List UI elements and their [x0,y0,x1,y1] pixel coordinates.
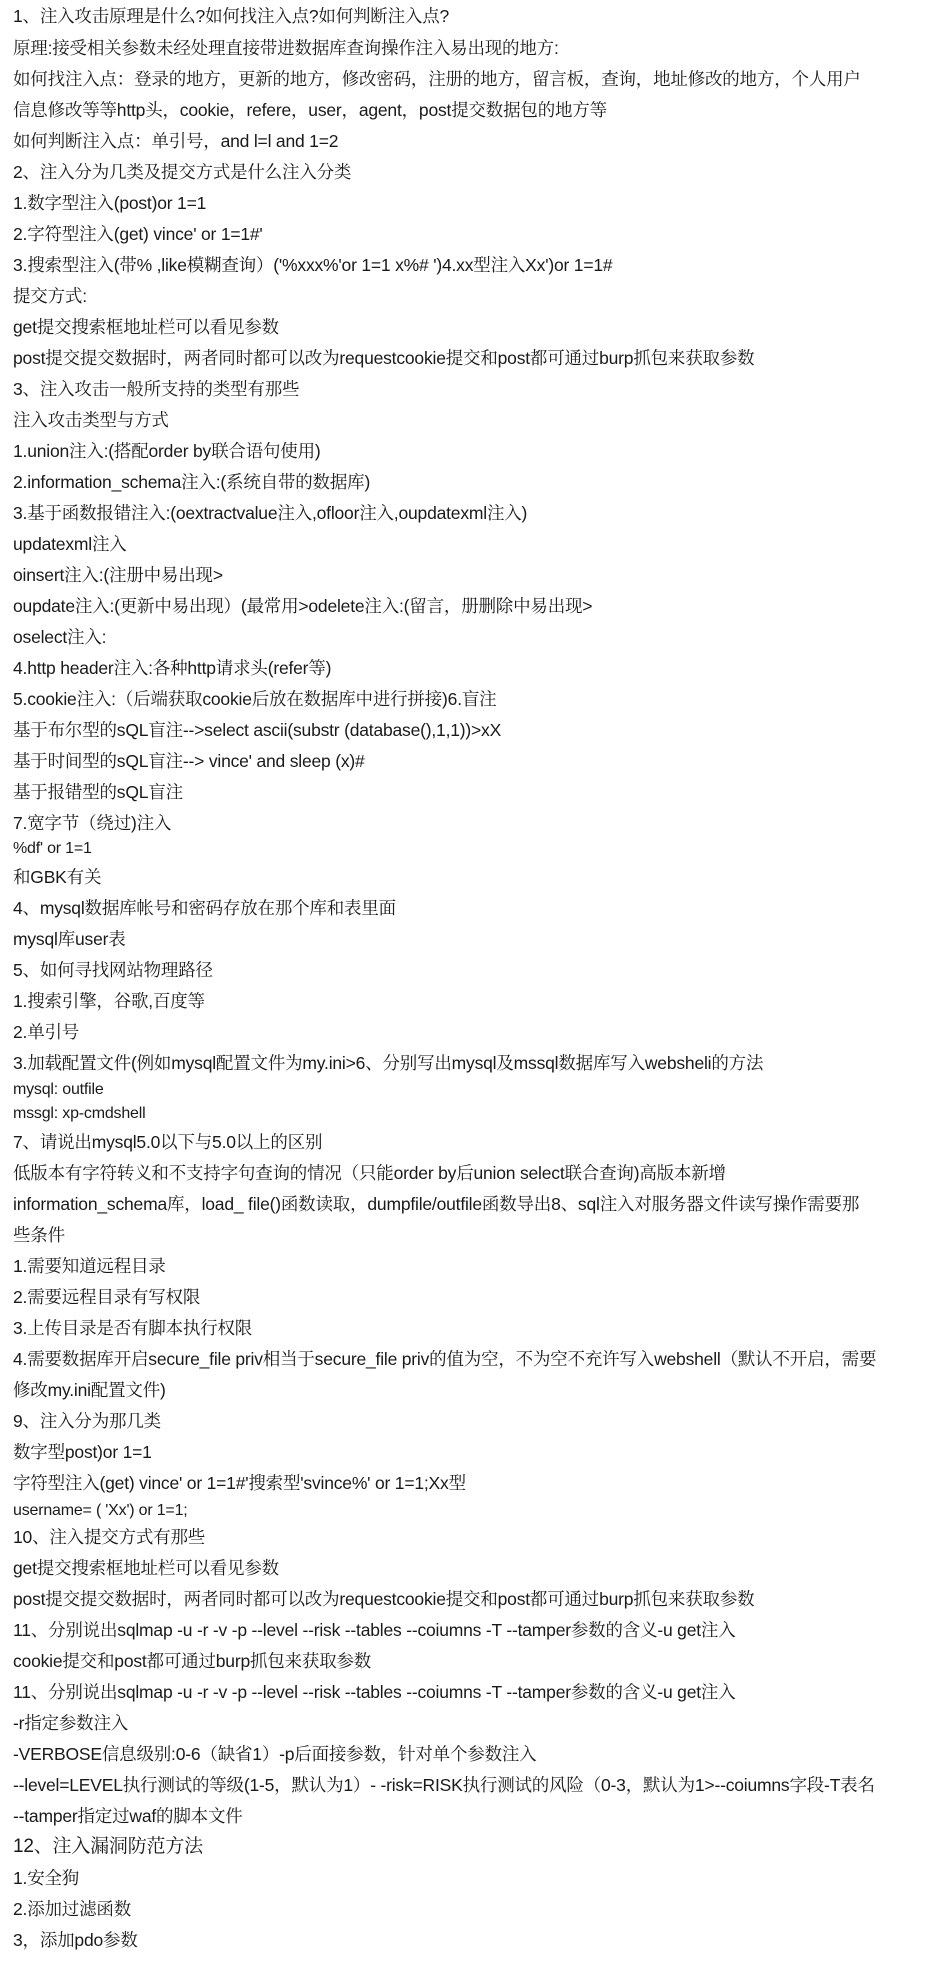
text-line: 1.需要知道远程目录 [13,1255,166,1277]
text-line: post提交提交数据时，两者同时都可以改为requestcookie提交和pos… [13,347,754,369]
text-line: 5、如何寻找网站物理路径 [13,959,213,981]
text-line: oinsert注入:(注册中易出现> [13,564,223,586]
text-line: 3.基于函数报错注入:(oextractvalue注入,ofloor注入,oup… [13,502,527,524]
text-line: mysql: outfile [13,1079,104,1101]
text-line: 基于布尔型的sQL盲注-->select ascii(substr (datab… [13,719,501,741]
text-line: oupdate注入:(更新中易出现）(最常用>odelete注入:(留言，册删除… [13,595,592,617]
text-line: 7.宽字节（绕过)注入 [13,812,171,834]
text-line: updatexml注入 [13,533,127,555]
text-line: 11、分别说出sqlmap -u -r -v -p --level --risk… [13,1619,736,1641]
text-line: get提交搜索框地址栏可以看见参数 [13,1557,279,1579]
text-line: oselect注入: [13,626,106,648]
text-line: 1、注入攻击原理是什么?如何找注入点?如何判断注入点? [13,5,449,27]
text-line: 1.安全狗 [13,1867,79,1889]
text-line: post提交提交数据时，两者同时都可以改为requestcookie提交和pos… [13,1588,754,1610]
text-line: 1.数字型注入(post)or 1=1 [13,192,206,214]
text-line: 和GBK有关 [13,866,101,888]
text-line: 7、请说出mysql5.0以下与5.0以上的区别 [13,1131,322,1153]
text-line: 3、注入攻击一般所支持的类型有那些 [13,378,299,400]
text-line: 4.http header注入:各种http请求头(refer等) [13,657,331,679]
text-line: --level=LEVEL执行测试的等级(1-5，默认为1）- -risk=RI… [13,1774,875,1796]
text-line: 1.union注入:(搭配order by联合语句使用) [13,440,321,462]
text-line: 9、注入分为那几类 [13,1410,161,1432]
text-line: 数字型post)or 1=1 [13,1441,152,1463]
text-line: 信息修改等等http头，cookie，refere，user，agent，pos… [13,99,607,121]
text-line: 字符型注入(get) vince' or 1=1#'搜索型'svince%' o… [13,1472,466,1494]
text-line: 10、注入提交方式有那些 [13,1526,205,1548]
text-line: 修改my.ini配置文件) [13,1379,166,1401]
text-line: mssgl: xp-cmdshell [13,1103,145,1125]
text-line: 基于报错型的sQL盲注 [13,781,183,803]
text-line: username= ( 'Xx') or 1=1; [13,1500,188,1522]
text-line: 2.需要远程目录有写权限 [13,1286,200,1308]
text-line: 2.information_schema注入:(系统自带的数据库) [13,471,370,493]
text-line: -VERBOSE信息级别:0-6（缺省1）-p后面接参数，针对单个参数注入 [13,1743,537,1765]
text-line: 如何找注入点：登录的地方，更新的地方，修改密码，注册的地方，留言板，查询，地址修… [13,68,861,90]
text-line: 3.搜索型注入(带% ,like模糊查询）('%xxx%'or 1=1 x%# … [13,254,612,276]
text-line: 2、注入分为几类及提交方式是什么注入分类 [13,161,351,183]
text-line: 12、注入漏洞防范方法 [13,1836,203,1858]
text-line: 些条件 [13,1224,65,1246]
text-line: %df' or 1=1 [13,838,92,860]
text-line: cookie提交和post都可通过burp抓包来获取参数 [13,1650,371,1672]
text-line: information_schema库，load_ file()函数读取，dum… [13,1193,859,1215]
text-line: mysql库user表 [13,928,126,950]
text-line: 注入攻击类型与方式 [13,409,169,431]
text-line: 提交方式: [13,285,87,307]
text-line: 低版本有字符转义和不支持字句查询的情况（只能order by后union sel… [13,1162,726,1184]
text-line: 11、分别说出sqlmap -u -r -v -p --level --risk… [13,1681,736,1703]
text-line: 2.字符型注入(get) vince' or 1=1#' [13,223,263,245]
text-line: get提交搜索框地址栏可以看见参数 [13,316,279,338]
text-line: --tamper指定过waf的脚本文件 [13,1805,243,1827]
text-line: 4.需要数据库开启secure_file priv相当于secure_file … [13,1348,876,1370]
text-line: 4、mysql数据库帐号和密码存放在那个库和表里面 [13,897,396,919]
text-line: 3.加载配置文件(例如mysql配置文件为my.ini>6、分别写出mysql及… [13,1052,763,1074]
text-line: 5.cookie注入:（后端获取cookie后放在数据库中进行拼接)6.盲注 [13,688,496,710]
text-line: -r指定参数注入 [13,1712,128,1734]
text-line: 如何判断注入点：单引号，and l=l and 1=2 [13,130,338,152]
text-line: 2.添加过滤函数 [13,1898,131,1920]
text-line: 基于时间型的sQL盲注--> vince' and sleep (x)# [13,750,365,772]
text-line: 原理:接受相关参数未经处理直接带进数据库查询操作注入易出现的地方: [13,37,559,59]
text-line: 2.单引号 [13,1021,79,1043]
text-line: 1.搜索引擎，谷歌,百度等 [13,990,205,1012]
text-line: 3.上传目录是否有脚本执行权限 [13,1317,252,1339]
text-line: 3，添加pdo参数 [13,1929,138,1951]
